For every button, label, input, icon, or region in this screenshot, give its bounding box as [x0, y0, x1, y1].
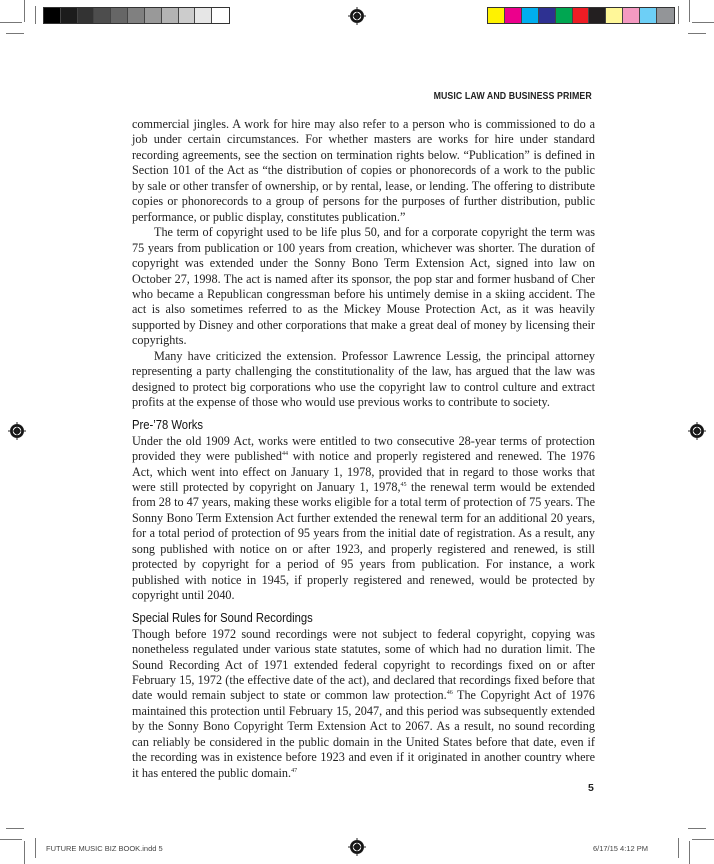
- crop-mark-bottom-right-h: [688, 828, 706, 829]
- color-swatch: [522, 8, 539, 23]
- paragraph-copyright-term: The term of copyright used to be life pl…: [132, 225, 595, 349]
- color-swatch: [162, 8, 179, 23]
- color-swatch: [606, 8, 623, 23]
- crop-mark-top-left-h: [0, 22, 22, 23]
- color-swatch: [640, 8, 657, 23]
- color-swatch: [539, 8, 556, 23]
- color-swatch: [623, 8, 640, 23]
- slug-filename: FUTURE MUSIC BIZ BOOK.indd 5: [46, 844, 163, 853]
- crop-mark-bottom-right-bleed-v: [678, 838, 679, 858]
- crop-mark-bottom-left-v: [24, 841, 25, 864]
- running-head: MUSIC LAW AND BUSINESS PRIMER: [434, 91, 592, 102]
- text-segment: the renewal term would be extended from …: [132, 480, 595, 602]
- color-swatch: [145, 8, 162, 23]
- registration-mark-top-icon: [350, 9, 364, 23]
- crop-mark-top-right-v: [689, 0, 690, 22]
- page-body: commercial jingles. A work for hire may …: [132, 117, 595, 781]
- grayscale-color-bar: [43, 7, 230, 24]
- crop-mark-top-left-bleed-v: [35, 6, 36, 24]
- color-swatch: [212, 8, 229, 23]
- color-swatch: [128, 8, 145, 23]
- registration-mark-right-icon: [690, 424, 704, 438]
- paragraph-pre-78-works: Under the old 1909 Act, works were entit…: [132, 434, 595, 604]
- crop-mark-top-right-h: [692, 22, 714, 23]
- color-swatch: [78, 8, 95, 23]
- crop-mark-bottom-left-h2: [0, 839, 22, 840]
- color-swatch: [589, 8, 606, 23]
- crop-mark-bottom-right-v: [689, 841, 690, 864]
- color-swatch: [505, 8, 522, 23]
- crop-mark-top-right-bleed-v: [678, 6, 679, 24]
- paragraph-criticism: Many have criticized the extension. Prof…: [132, 349, 595, 411]
- process-color-bar: [487, 7, 675, 24]
- color-swatch: [61, 8, 78, 23]
- paragraph-sound-recordings: Though before 1972 sound recordings were…: [132, 627, 595, 782]
- registration-mark-bottom-icon: [350, 840, 364, 854]
- color-swatch: [573, 8, 590, 23]
- section-heading-pre-78-works: Pre-’78 Works: [132, 418, 549, 433]
- color-swatch: [94, 8, 111, 23]
- crop-mark-top-left-bleed-h: [6, 33, 24, 34]
- color-swatch: [488, 8, 505, 23]
- color-swatch: [179, 8, 196, 23]
- section-heading-sound-recordings: Special Rules for Sound Recordings: [132, 611, 549, 626]
- footnote-ref-47: 47: [291, 768, 297, 774]
- registration-mark-left-icon: [10, 424, 24, 438]
- color-swatch: [657, 8, 674, 23]
- crop-mark-top-right-bleed-h: [688, 33, 706, 34]
- crop-mark-top-left-v: [24, 0, 25, 22]
- crop-mark-bottom-left-h: [6, 828, 24, 829]
- color-swatch: [111, 8, 128, 23]
- page-number: 5: [588, 782, 594, 794]
- slug-timestamp: 6/17/15 4:12 PM: [593, 844, 648, 853]
- crop-mark-bottom-right-h2: [692, 839, 714, 840]
- color-swatch: [195, 8, 212, 23]
- color-swatch: [44, 8, 61, 23]
- paragraph-continuation: commercial jingles. A work for hire may …: [132, 117, 595, 225]
- crop-mark-bottom-left-bleed-v: [35, 838, 36, 858]
- color-swatch: [556, 8, 573, 23]
